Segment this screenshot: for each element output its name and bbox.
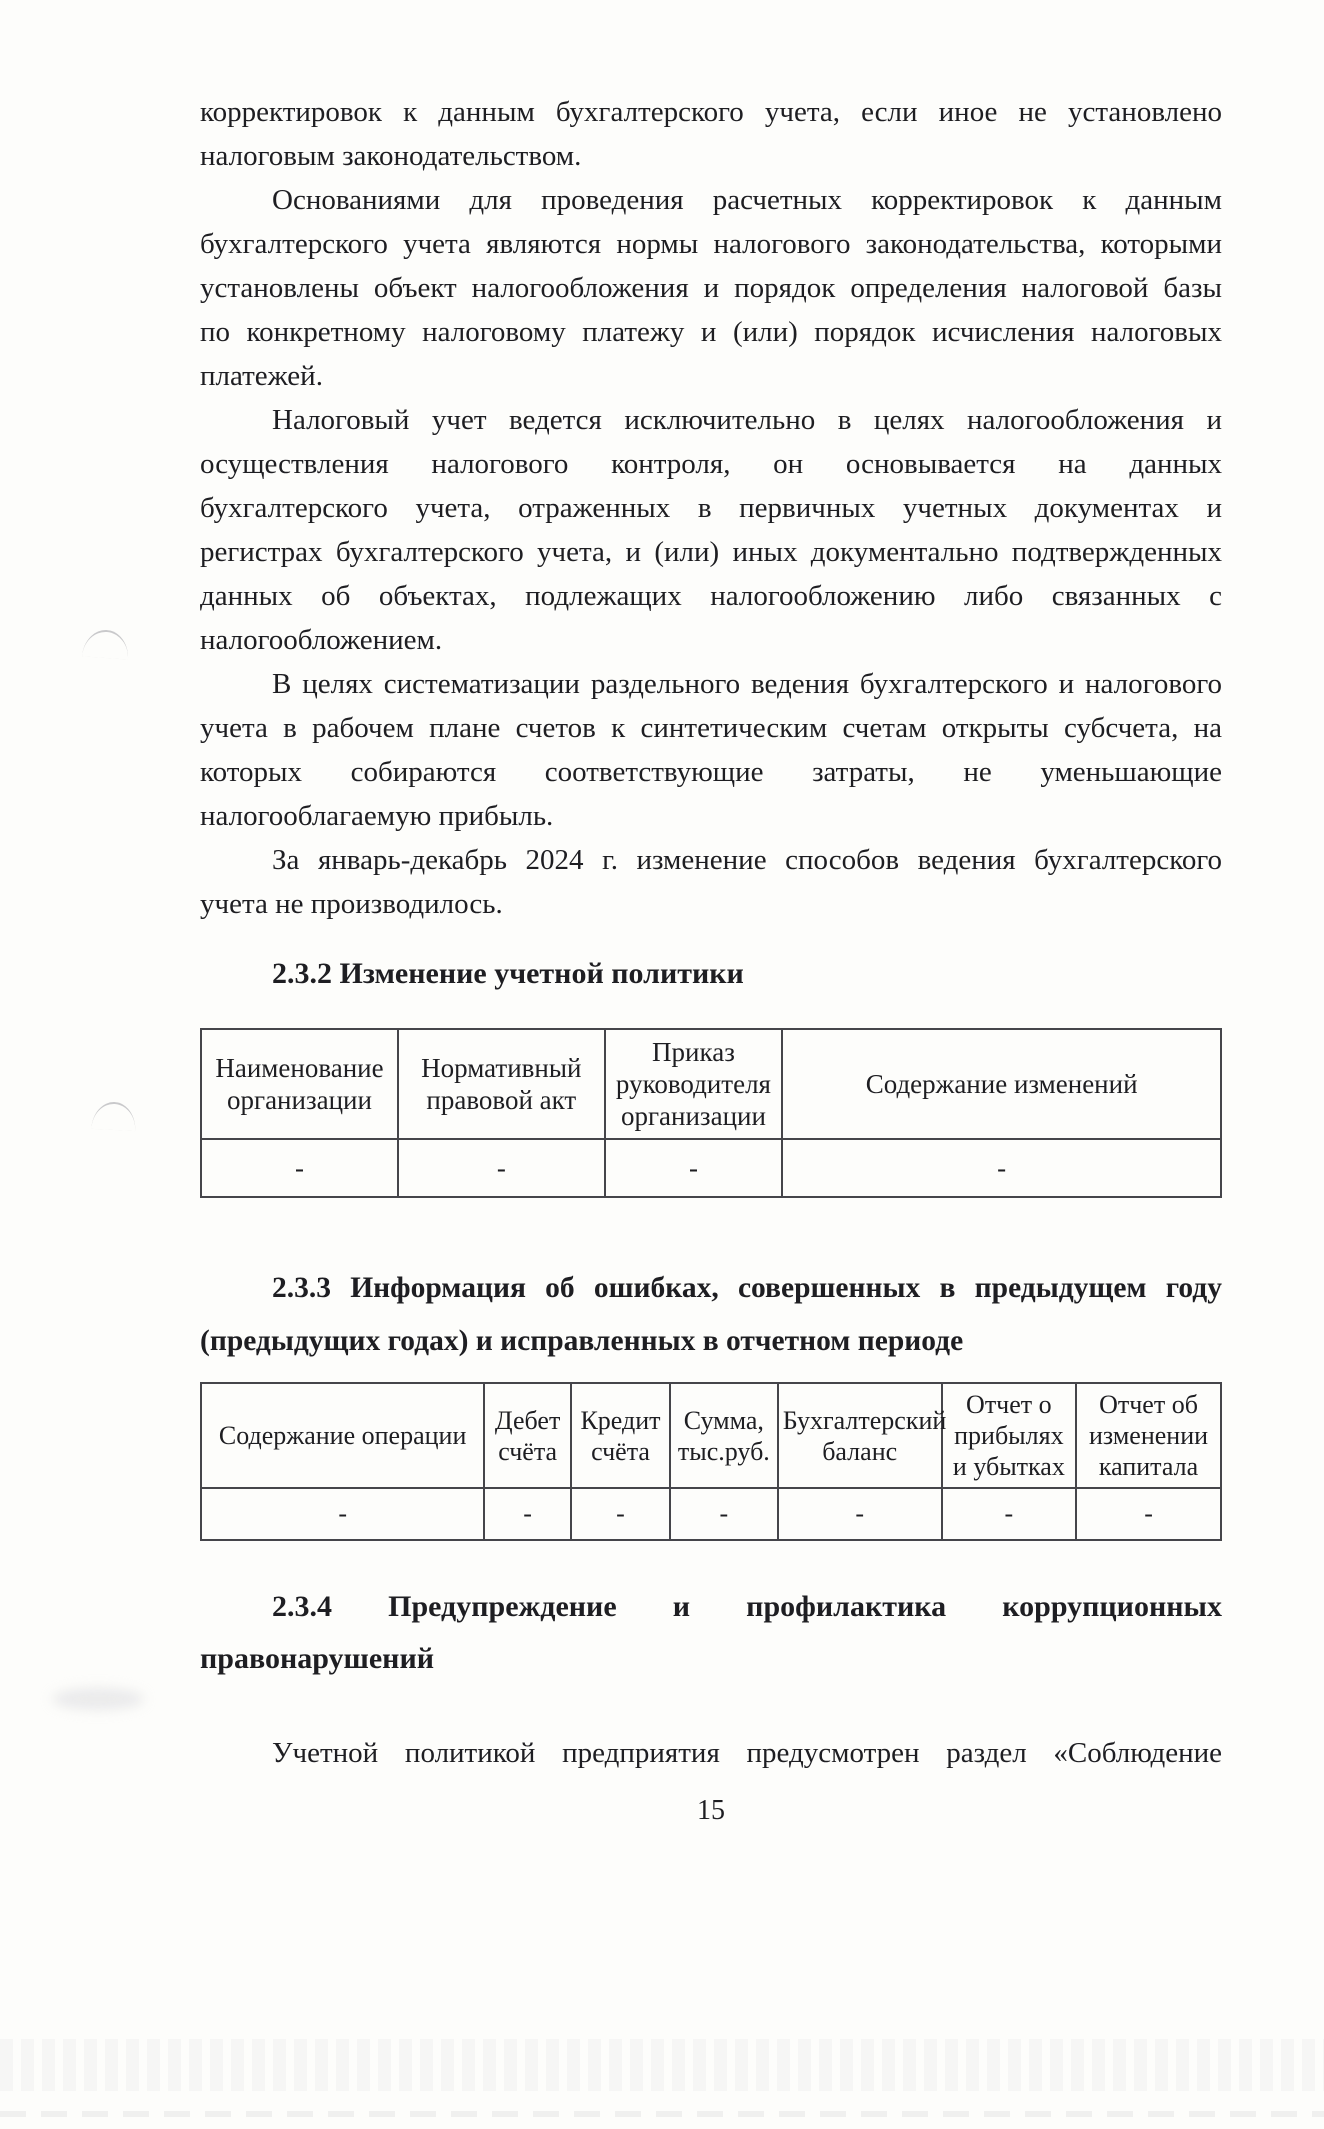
text-line: В целях систематизации раздельного веден…: [200, 662, 1222, 706]
text-line: осуществления налогового контроля, он ос…: [200, 442, 1222, 486]
column-header: Содержание изменений: [782, 1029, 1221, 1139]
column-header: Дебет счёта: [484, 1383, 571, 1488]
table-row: -------: [201, 1488, 1221, 1540]
section-heading-2-3-3: 2.3.3 Информация об ошибках, совершенных…: [200, 1262, 1222, 1368]
paragraph-continuation: корректировок к данным бухгалтерского уч…: [200, 90, 1222, 178]
heading-word: и: [673, 1581, 690, 1633]
table-row: ----: [201, 1139, 1221, 1197]
text-line: учета не производилось.: [200, 882, 1222, 926]
scan-artifact-bottom-dashes: [0, 2111, 1324, 2117]
text-line: бухгалтерского учета являются нормы нало…: [200, 222, 1222, 266]
paragraph-tax-accounting-purpose: Налоговый учет ведется исключительно в ц…: [200, 398, 1222, 662]
section-heading-2-3-2: 2.3.2 Изменение учетной политики: [200, 956, 1222, 992]
table-cell: -: [201, 1139, 398, 1197]
paragraph-closing: Учетной политикой предприятия предусмотр…: [200, 1731, 1222, 1775]
text-line: Основаниями для проведения расчетных кор…: [200, 178, 1222, 222]
table-cell: -: [670, 1488, 778, 1540]
heading-word: 2.3.4: [272, 1581, 332, 1633]
heading-line: правонарушений: [200, 1633, 1222, 1685]
scan-artifact-smudge: [52, 1688, 144, 1710]
table-cell: -: [484, 1488, 571, 1540]
table-cell: -: [571, 1488, 670, 1540]
scan-artifact-arc: [91, 1101, 136, 1131]
table-accounting-policy-changes: Наименование организацииНормативный прав…: [200, 1028, 1222, 1198]
text-block: корректировок к данным бухгалтерского уч…: [200, 0, 1222, 1831]
column-header: Наименование организации: [201, 1029, 398, 1139]
table-cell: -: [201, 1488, 484, 1540]
table-body: ----: [201, 1139, 1221, 1197]
scan-artifact-arc: [82, 628, 130, 659]
text-line: налогооблагаемую прибыль.: [200, 794, 1222, 838]
paragraph-subaccounts: В целях систематизации раздельного веден…: [200, 662, 1222, 838]
paragraph-no-changes-2024: За январь-декабрь 2024 г. изменение спос…: [200, 838, 1222, 926]
table-cell: -: [1076, 1488, 1221, 1540]
text-line: 2.3.3 Информация об ошибках, совершенных…: [200, 1262, 1222, 1315]
column-header: Сумма, тыс.руб.: [670, 1383, 778, 1488]
column-header: Кредит счёта: [571, 1383, 670, 1488]
heading-word: профилактика: [746, 1581, 946, 1633]
document-page: корректировок к данным бухгалтерского уч…: [0, 0, 1324, 2129]
table-cell: -: [605, 1139, 783, 1197]
text-line: установлены объект налогообложения и пор…: [200, 266, 1222, 310]
table-prior-period-errors: Содержание операцииДебет счётаКредит счё…: [200, 1382, 1222, 1541]
heading-line: 2.3.4Предупреждениеипрофилактикакоррупци…: [200, 1581, 1222, 1633]
paragraph-tax-corrections-basis: Основаниями для проведения расчетных кор…: [200, 178, 1222, 398]
text-line: (предыдущих годах) и исправленных в отче…: [200, 1315, 1222, 1368]
scan-artifact-bottom-band: [0, 2039, 1324, 2091]
column-header: Нормативный правовой акт: [398, 1029, 605, 1139]
page-number: 15: [200, 1791, 1222, 1831]
text-line: данных об объектах, подлежащих налогообл…: [200, 574, 1222, 618]
column-header: Отчет о прибылях и убытках: [942, 1383, 1076, 1488]
text-line: платежей.: [200, 354, 1222, 398]
heading-word: коррупционных: [1002, 1581, 1222, 1633]
text-line: которых собираются соответствующие затра…: [200, 750, 1222, 794]
column-header: Отчет об изменении капитала: [1076, 1383, 1221, 1488]
text-line: За январь-декабрь 2024 г. изменение спос…: [200, 838, 1222, 882]
column-header: Бухгалтерский баланс: [778, 1383, 942, 1488]
table-body: -------: [201, 1488, 1221, 1540]
section-heading-2-3-4: 2.3.4Предупреждениеипрофилактикакоррупци…: [200, 1581, 1222, 1685]
table-cell: -: [942, 1488, 1076, 1540]
text-line: учета в рабочем плане счетов к синтетиче…: [200, 706, 1222, 750]
text-line: корректировок к данным бухгалтерского уч…: [200, 90, 1222, 134]
table-cell: -: [778, 1488, 942, 1540]
text-line: Учетной политикой предприятия предусмотр…: [200, 1731, 1222, 1775]
table-cell: -: [782, 1139, 1221, 1197]
text-line: бухгалтерского учета, отраженных в перви…: [200, 486, 1222, 530]
heading-word: Предупреждение: [388, 1581, 617, 1633]
text-line: по конкретному налоговому платежу и (или…: [200, 310, 1222, 354]
table-header: Содержание операцииДебет счётаКредит счё…: [201, 1383, 1221, 1488]
text-line: налоговым законодательством.: [200, 134, 1222, 178]
table-cell: -: [398, 1139, 605, 1197]
text-line: Налоговый учет ведется исключительно в ц…: [200, 398, 1222, 442]
column-header: Приказ руководителя организации: [605, 1029, 783, 1139]
column-header: Содержание операции: [201, 1383, 484, 1488]
text-line: налогообложением.: [200, 618, 1222, 662]
table-header: Наименование организацииНормативный прав…: [201, 1029, 1221, 1139]
text-line: регистрах бухгалтерского учета, и (или) …: [200, 530, 1222, 574]
